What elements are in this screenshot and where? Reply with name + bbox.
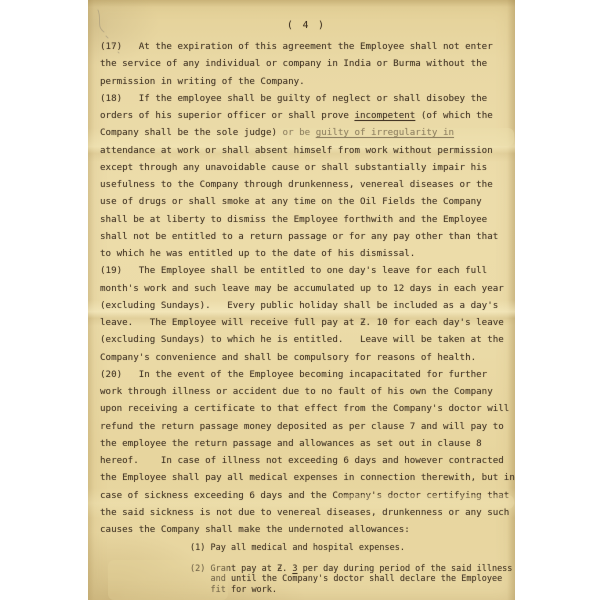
text-segment: refund the return passage money deposite… bbox=[100, 421, 504, 432]
text-segment: usefulness to the Company through drunke… bbox=[100, 179, 493, 190]
text-line: (17) At the expiration of this agreement… bbox=[100, 38, 513, 55]
page-content: ( 4 ) (17) At the expiration of this agr… bbox=[100, 0, 513, 596]
text-line: (excluding Sundays). Every public holida… bbox=[100, 297, 513, 314]
text-segment: (18) If the employee shall be guilty of … bbox=[100, 93, 487, 104]
text-line: hereof. In case of illness not exceeding… bbox=[100, 452, 513, 469]
text-line: Company's convenience and shall be compu… bbox=[100, 349, 513, 366]
allowance-item-line: and until the Company's doctor shall dec… bbox=[190, 574, 513, 585]
text-line: refund the return passage money deposite… bbox=[100, 418, 513, 435]
text-line: causes the Company shall make the undern… bbox=[100, 521, 513, 538]
text-line: orders of his superior officer or shall … bbox=[100, 107, 513, 124]
text-line: leave. The Employee will receive full pa… bbox=[100, 314, 513, 331]
text-segment: shall be at liberty to dismiss the Emplo… bbox=[100, 214, 487, 225]
text-segment: (19) The Employee shall be entitled to o… bbox=[100, 265, 487, 276]
text-segment: the employee the return passage and allo… bbox=[100, 438, 482, 449]
text-segment: permission in writing of the Company. bbox=[100, 76, 305, 87]
text-segment: hereof. In case of illness not exceeding… bbox=[100, 455, 504, 466]
document-page: ( 4 ) (17) At the expiration of this agr… bbox=[88, 0, 515, 600]
allowance-item-line: fit for work. bbox=[190, 585, 513, 596]
text-segment: leave. The Employee will receive full pa… bbox=[100, 317, 504, 328]
text-segment: (excluding Sundays). Every public holida… bbox=[100, 300, 498, 311]
text-segment: (excluding Sundays) to which he is entit… bbox=[100, 334, 504, 345]
text-segment: the Employee shall pay all medical expen… bbox=[100, 472, 515, 483]
text-segment: (of which the bbox=[415, 110, 492, 121]
text-line: (19) The Employee shall be entitled to o… bbox=[100, 262, 513, 279]
text-line: shall not be entitled to a return passag… bbox=[100, 228, 513, 245]
text-line: work through illness or accident due to … bbox=[100, 383, 513, 400]
text-segment: orders of his superior officer or shall … bbox=[100, 110, 354, 121]
text-segment: use of drugs or shall smoke at any time … bbox=[100, 196, 482, 207]
text-line: (18) If the employee shall be guilty of … bbox=[100, 90, 513, 107]
text-line: use of drugs or shall smoke at any time … bbox=[100, 193, 513, 210]
text-line: usefulness to the Company through drunke… bbox=[100, 176, 513, 193]
text-line: attendance at work or shall absent himse… bbox=[100, 142, 513, 159]
text-line: except through any unavoidable cause or … bbox=[100, 159, 513, 176]
text-line: the employee the return passage and allo… bbox=[100, 435, 513, 452]
allowance-item-line: (1) Pay all medical and hospital expense… bbox=[190, 543, 513, 554]
allowance-item-line: (2) Grant pay at Ƶ. 3 per day during per… bbox=[190, 564, 513, 575]
text-line: Company shall be the sole judge) or be g… bbox=[100, 124, 513, 141]
text-line: permission in writing of the Company. bbox=[100, 73, 513, 90]
text-segment: shall not be entitled to a return passag… bbox=[100, 231, 498, 242]
text-segment: guilty of irregularity in bbox=[316, 127, 454, 138]
text-line: upon receiving a certificate to that eff… bbox=[100, 400, 513, 417]
allowance-items: (1) Pay all medical and hospital expense… bbox=[100, 543, 513, 596]
text-segment: and until the Company's doctor shall dec… bbox=[211, 574, 503, 584]
text-segment: to which he was entitled up to the date … bbox=[100, 248, 415, 259]
text-segment: upon receiving a certificate to that eff… bbox=[100, 403, 509, 414]
text-segment: causes the Company shall make the undern… bbox=[100, 524, 410, 535]
body-lines: (17) At the expiration of this agreement… bbox=[100, 38, 513, 538]
text-segment: (1) Pay all medical and hospital expense… bbox=[190, 543, 405, 553]
text-segment: work through illness or accident due to … bbox=[100, 386, 493, 397]
text-segment: Company shall be the sole judge) or be bbox=[100, 127, 316, 138]
text-segment: month's work and such leave may be accum… bbox=[100, 283, 504, 294]
text-line: to which he was entitled up to the date … bbox=[100, 245, 513, 262]
text-segment: fit for work. bbox=[211, 585, 278, 595]
text-line: shall be at liberty to dismiss the Emplo… bbox=[100, 211, 513, 228]
page-number: ( 4 ) bbox=[100, 17, 513, 34]
text-segment: (20) In the event of the Employee becomi… bbox=[100, 369, 487, 380]
text-line: (excluding Sundays) to which he is entit… bbox=[100, 331, 513, 348]
text-segment: incompetent bbox=[354, 110, 415, 121]
text-line: month's work and such leave may be accum… bbox=[100, 280, 513, 297]
text-segment: Company's convenience and shall be compu… bbox=[100, 352, 476, 363]
text-segment: the service of any individual or company… bbox=[100, 58, 487, 69]
text-line: (20) In the event of the Employee becomi… bbox=[100, 366, 513, 383]
text-line: case of sickness exceeding 6 days and th… bbox=[100, 487, 513, 504]
text-segment: case of sickness exceeding 6 days and th… bbox=[100, 490, 509, 501]
text-segment: attendance at work or shall absent himse… bbox=[100, 145, 493, 156]
text-segment: per day during period of the said illnes… bbox=[297, 564, 512, 574]
text-line: the service of any individual or company… bbox=[100, 55, 513, 72]
text-line: the said sickness is not due to venereal… bbox=[100, 504, 513, 521]
text-segment: (2) Grant pay at Ƶ. bbox=[190, 564, 292, 574]
text-segment: the said sickness is not due to venereal… bbox=[100, 507, 509, 518]
text-segment: except through any unavoidable cause or … bbox=[100, 162, 487, 173]
text-segment: (17) At the expiration of this agreement… bbox=[100, 41, 493, 52]
text-line: the Employee shall pay all medical expen… bbox=[100, 469, 513, 486]
